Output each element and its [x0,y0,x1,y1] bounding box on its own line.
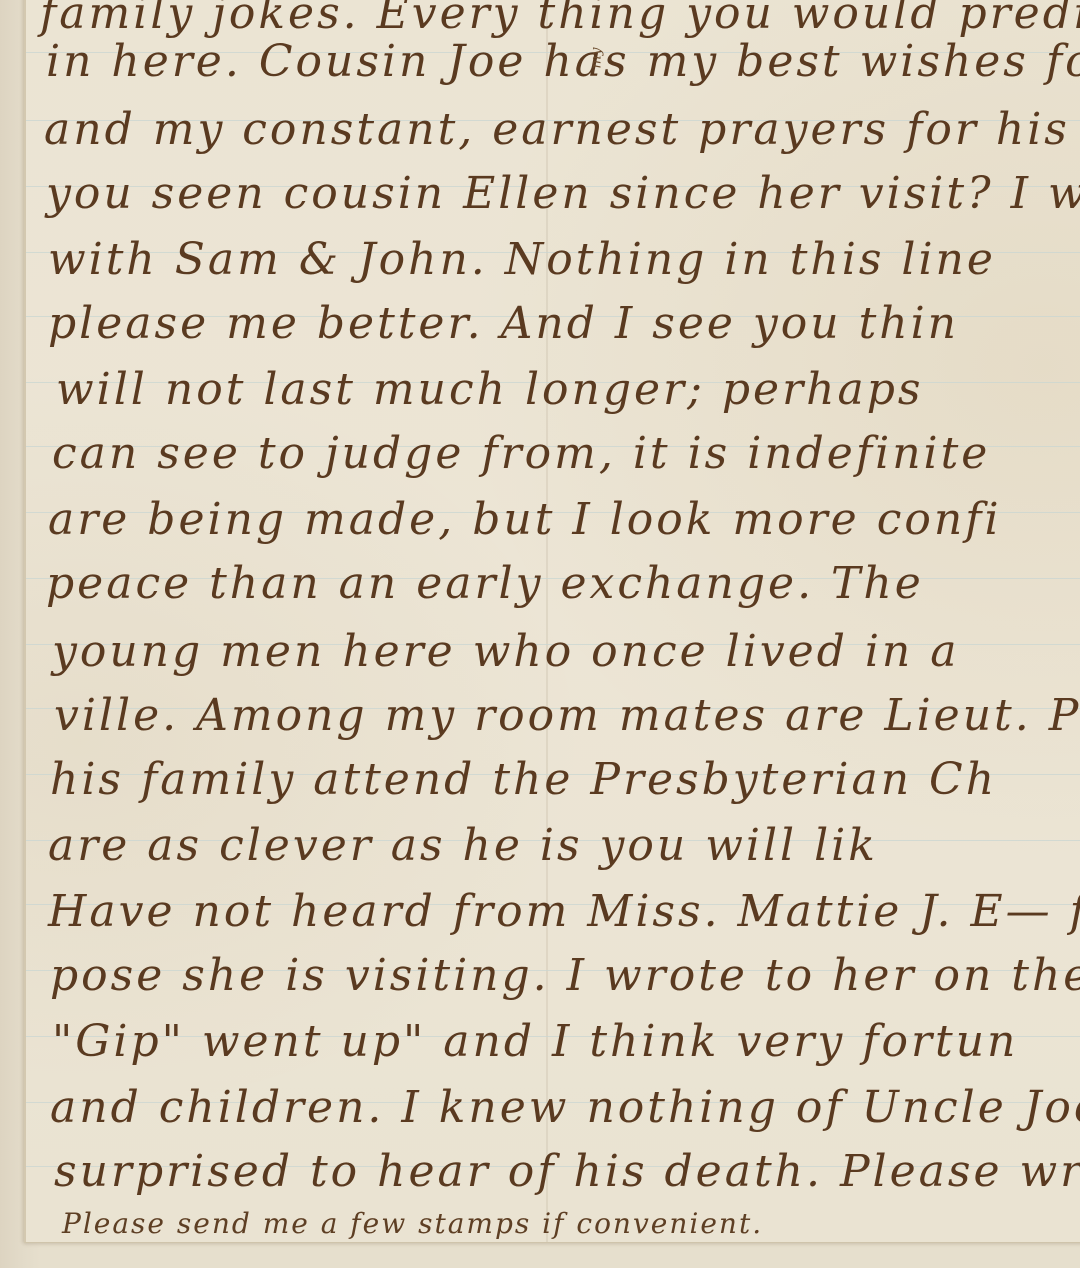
handwritten-line: "Gip" went up" and I think very fortun [52,1020,1018,1064]
handwritten-line: and my constant, earnest prayers for his… [44,108,1080,152]
handwritten-line: are as clever as he is you will lik [48,824,878,868]
handwritten-line: you seen cousin Ellen since her visit? I… [46,172,1080,216]
handwritten-line: in here. Cousin Joe has my best wishes f… [46,40,1080,84]
postscript-line: Please send me a few stamps if convenien… [62,1210,763,1238]
handwritten-line: surprised to hear of his death. Please w… [54,1150,1080,1194]
handwritten-line: ville. Among my room mates are Lieut. Pe [54,694,1080,738]
handwritten-line: his family attend the Presbyterian Ch [50,758,997,802]
handwritten-line: young men here who once lived in a [52,630,960,674]
handwritten-line: with Sam & John. Nothing in this line [48,238,996,282]
handwritten-line: family jokes. Every thing you would pred… [40,0,1080,36]
handwritten-line: please me better. And I see you thin [48,302,959,346]
handwritten-line: can see to judge from, it is indefinite [52,432,990,476]
handwritten-line: Have not heard from Miss. Mattie J. E— f… [48,890,1080,934]
handwritten-line: and children. I knew nothing of Uncle Jo… [50,1086,1080,1130]
handwritten-line: will not last much longer; perhaps [56,368,923,412]
insertion-mark: my [589,47,605,68]
handwritten-line: are being made, but I look more confi [48,498,1002,542]
handwritten-line: peace than an early exchange. The [46,562,924,606]
letter-page: family jokes. Every thing you would pred… [24,0,1080,1243]
handwritten-line: pose she is visiting. I wrote to her on … [50,954,1080,998]
